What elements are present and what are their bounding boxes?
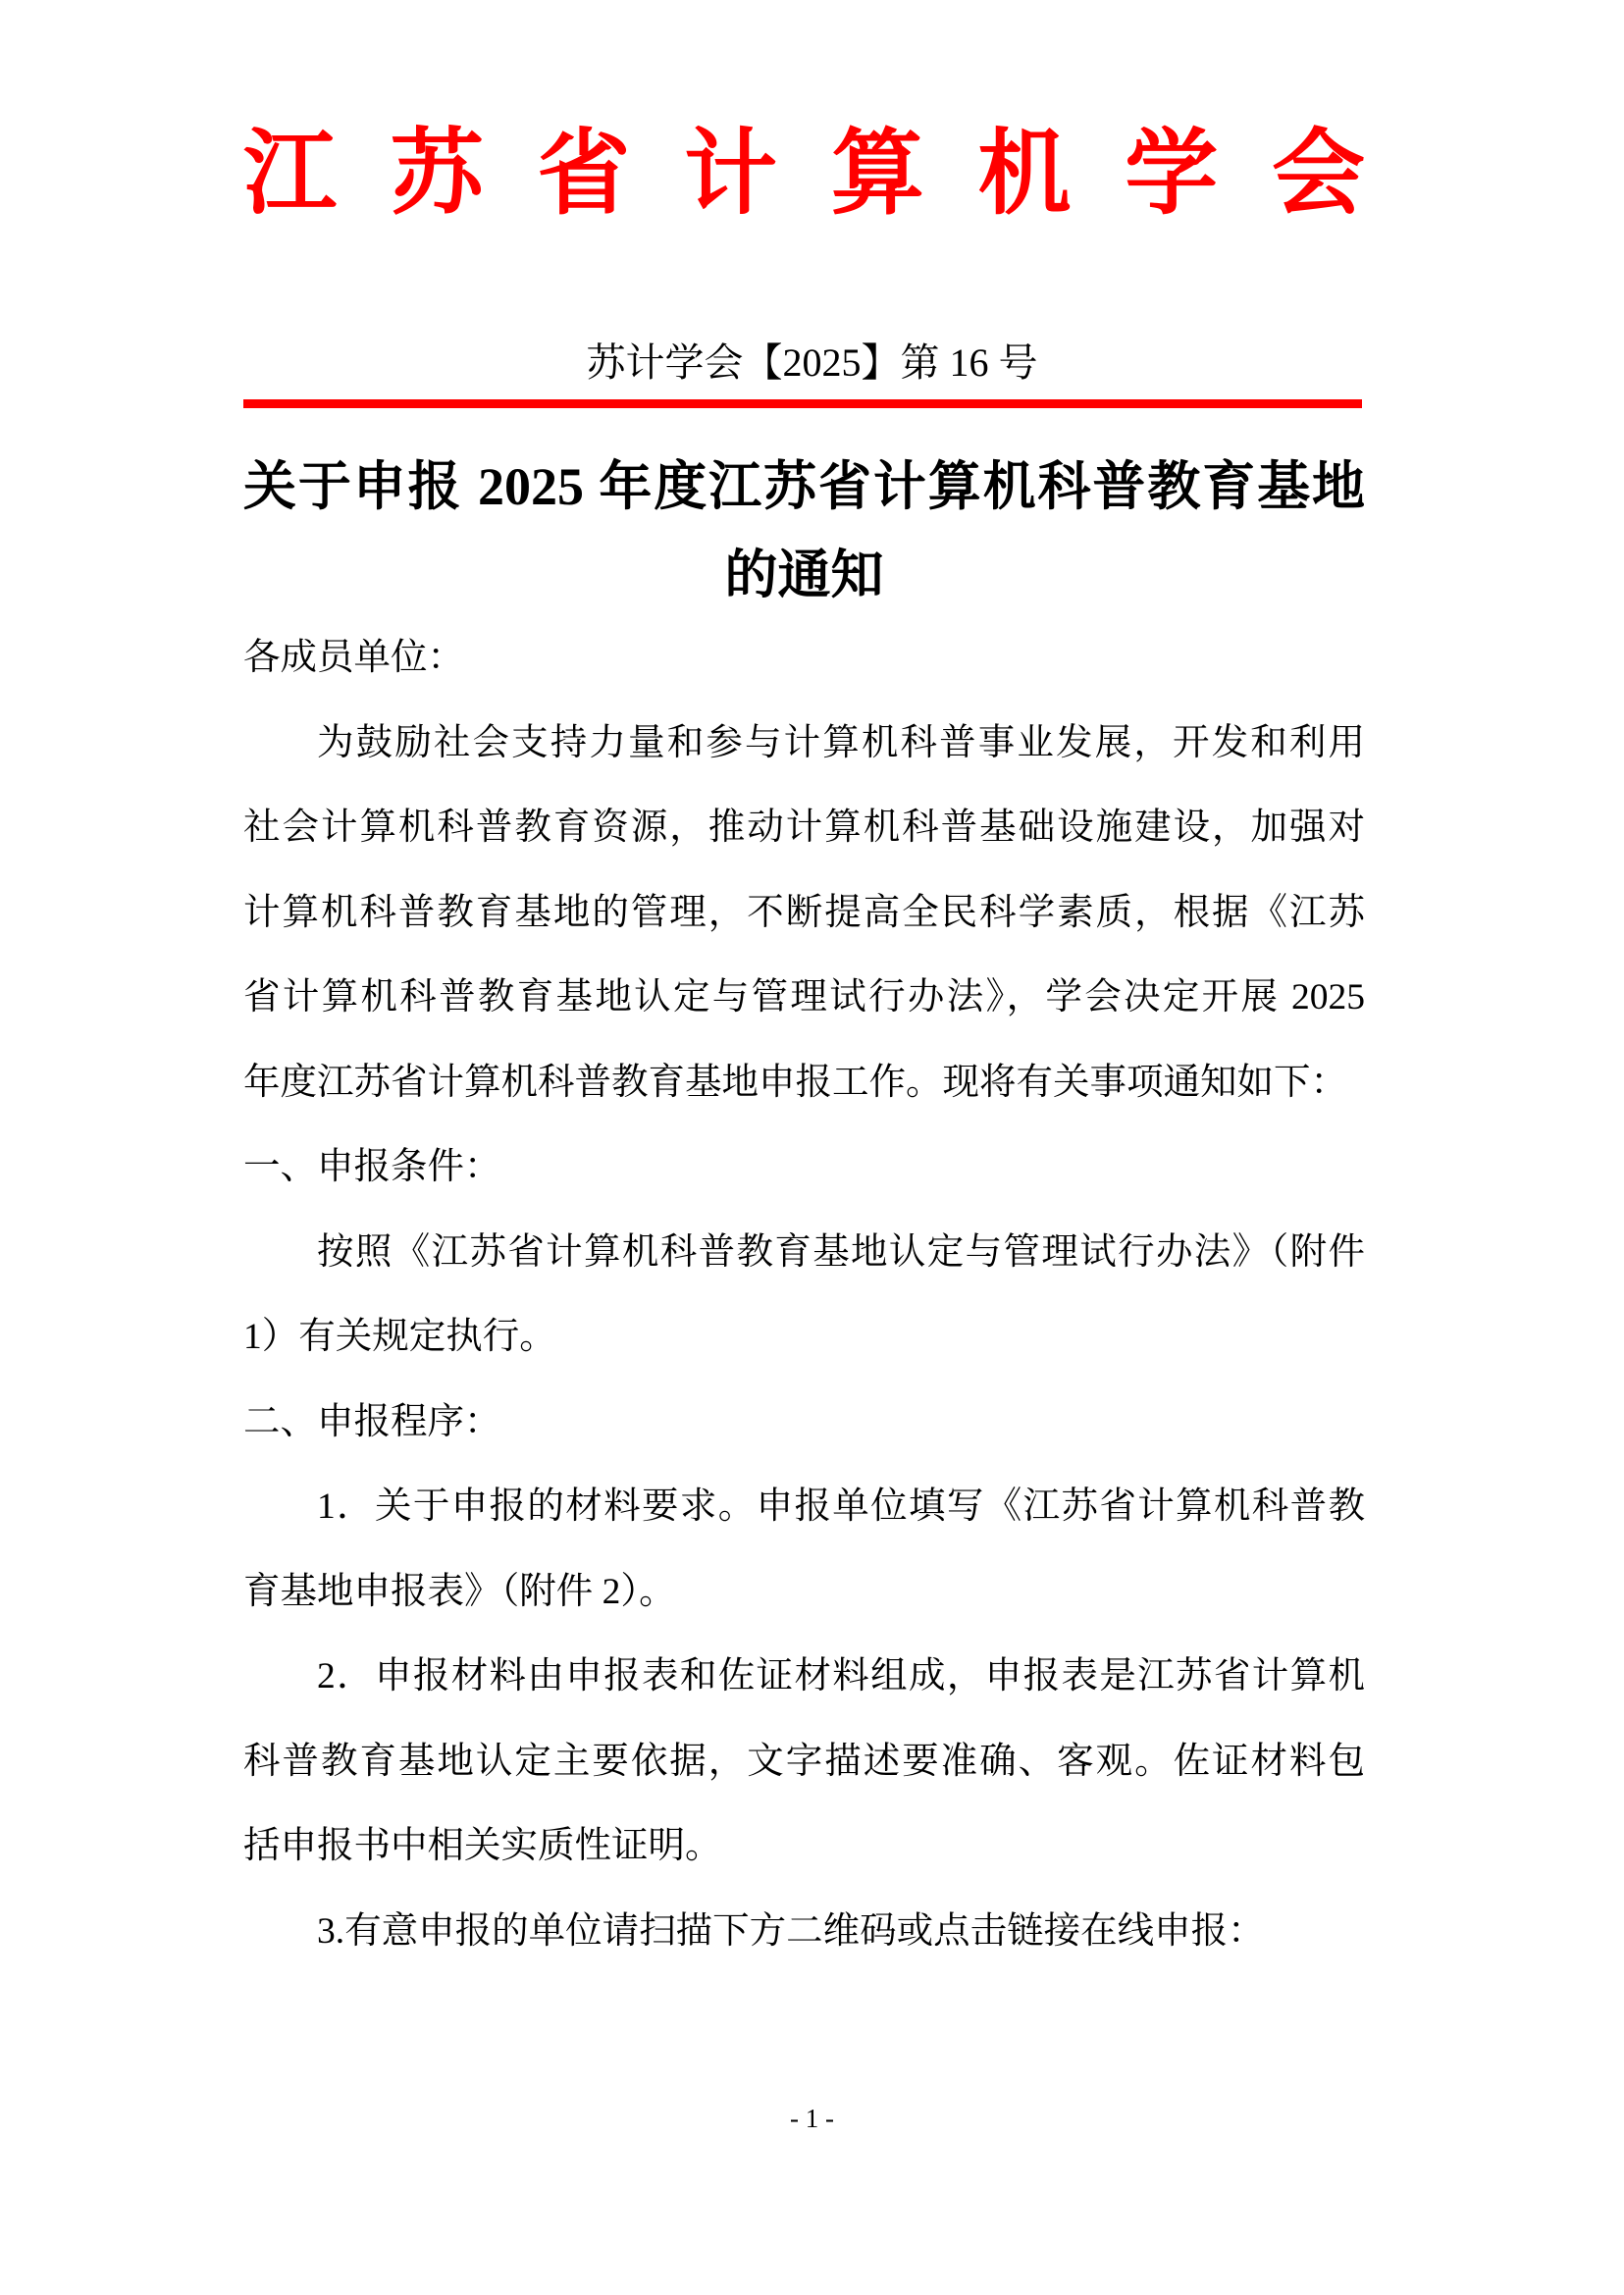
body-line: 计算机科普教育基地的管理，不断提高全民科学素质，根据《江苏 (243, 871, 1365, 957)
body-line: 1．关于申报的材料要求。申报单位填写《江苏省计算机科普教 (243, 1465, 1365, 1550)
body-line: 2．申报材料由申报表和佐证材料组成，申报表是江苏省计算机 (243, 1635, 1365, 1720)
body-line: 省计算机科普教育基地认定与管理试行办法》，学会决定开展 2025 (243, 956, 1365, 1041)
body-line: 括申报书中相关实质性证明。 (243, 1804, 1365, 1890)
doc-title: 关于申报 2025 年度江苏省计算机科普教育基地 的通知 (243, 443, 1365, 619)
body-line: 按照《江苏省计算机科普教育基地认定与管理试行办法》（附件 (243, 1211, 1365, 1296)
body-line: 年度江苏省计算机科普教育基地申报工作。现将有关事项通知如下： (243, 1041, 1365, 1126)
doc-title-line-1: 关于申报 2025 年度江苏省计算机科普教育基地 (243, 443, 1365, 531)
document-body: 各成员单位： 为鼓励社会支持力量和参与计算机科普事业发展，开发和利用 社会计算机… (243, 616, 1365, 1974)
doc-number: 苏计学会【2025】第 16 号 (0, 339, 1624, 387)
org-name-header: 江苏省计算机学会 (243, 122, 1365, 226)
header-divider-rule (243, 399, 1362, 408)
body-line: 3.有意申报的单位请扫描下方二维码或点击链接在线申报： (243, 1890, 1365, 1975)
body-line: 为鼓励社会支持力量和参与计算机科普事业发展，开发和利用 (243, 702, 1365, 787)
page-number: - 1 - (0, 2103, 1624, 2134)
body-line: 科普教育基地认定主要依据，文字描述要准确、客观。佐证材料包 (243, 1720, 1365, 1805)
body-line: 社会计算机科普教育资源，推动计算机科普基础设施建设，加强对 (243, 786, 1365, 871)
body-line-section-1: 一、申报条件： (243, 1125, 1365, 1211)
document-page: 江苏省计算机学会 苏计学会【2025】第 16 号 关于申报 2025 年度江苏… (0, 0, 1624, 2295)
doc-title-line-2: 的通知 (243, 531, 1365, 619)
body-line: 育基地申报表》（附件 2）。 (243, 1550, 1365, 1636)
body-line-section-2: 二、申报程序： (243, 1381, 1365, 1466)
body-line-salutation: 各成员单位： (243, 616, 1365, 702)
body-line: 1）有关规定执行。 (243, 1295, 1365, 1381)
